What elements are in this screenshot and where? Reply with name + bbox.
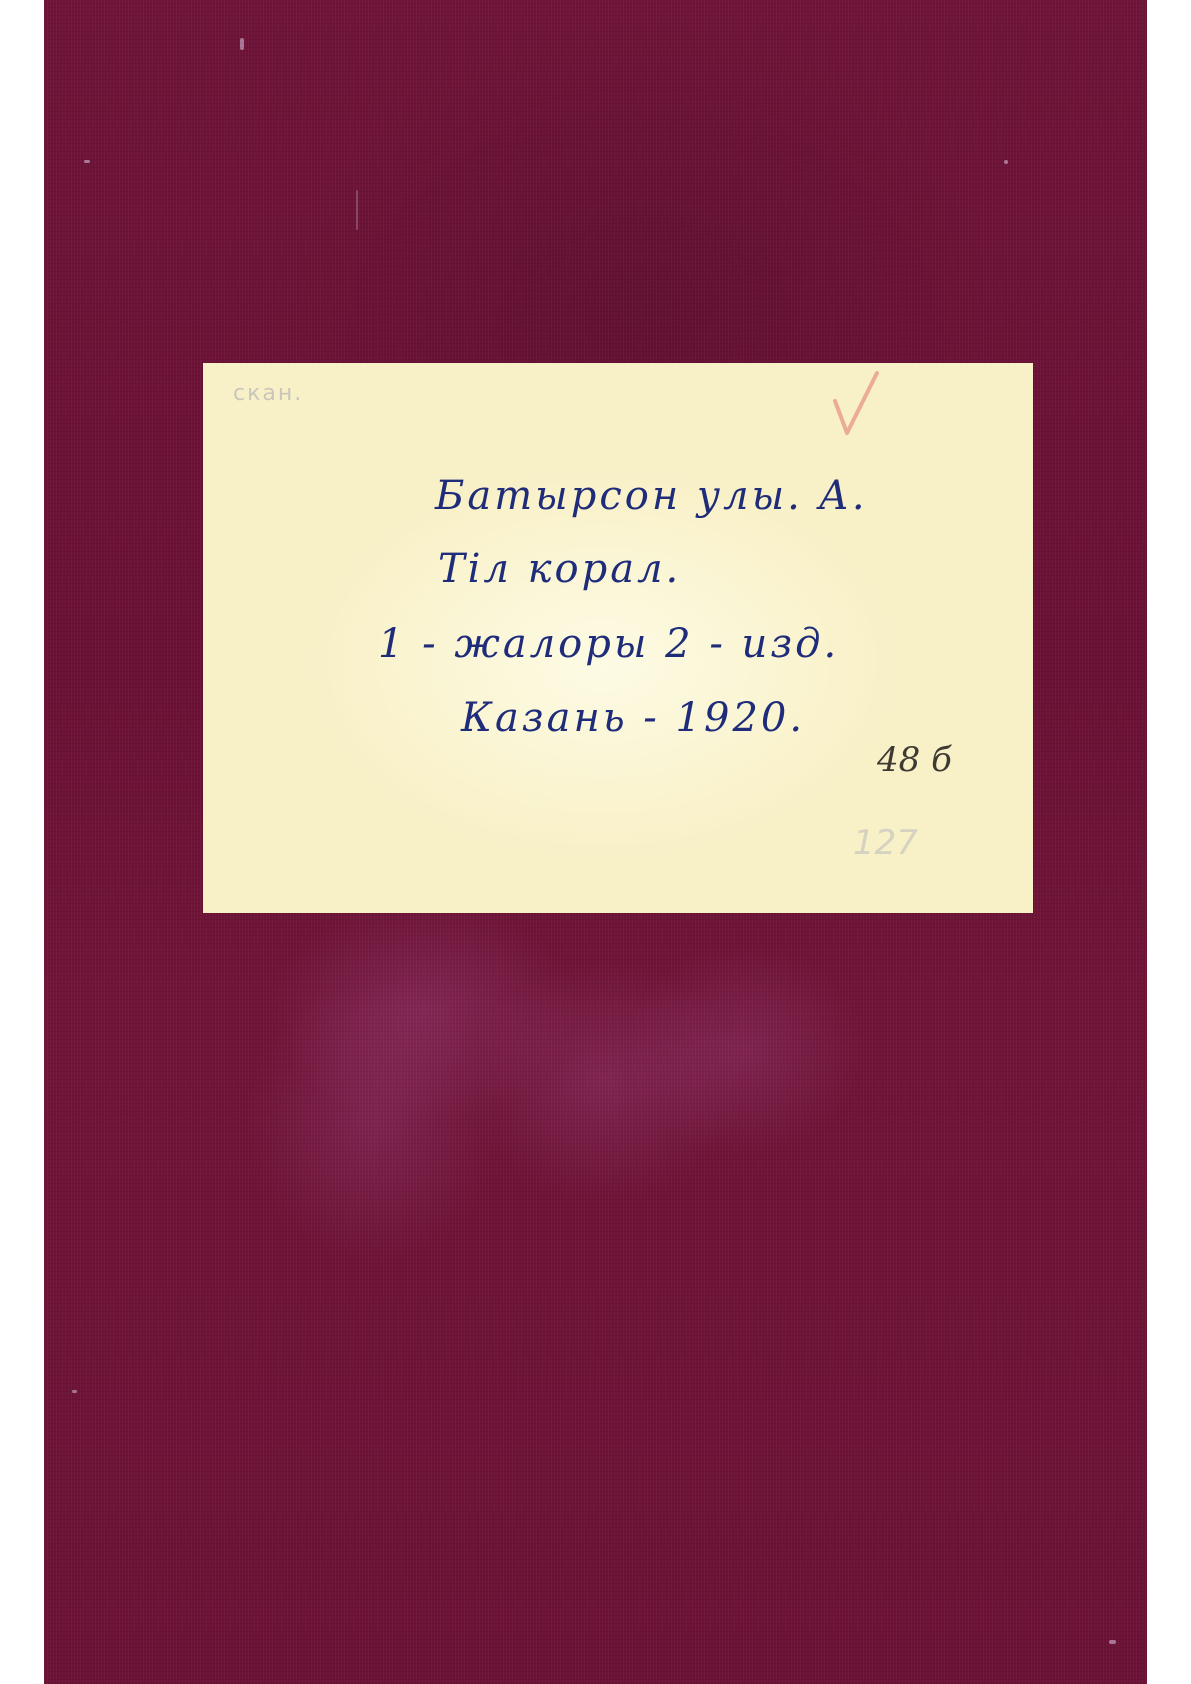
cover-speck bbox=[356, 190, 358, 230]
author-line: Батырсон улы. А. bbox=[435, 473, 868, 519]
title-line: Тiл корал. bbox=[438, 546, 681, 592]
cover-speck bbox=[1004, 160, 1008, 164]
place-year-line: Казань - 1920. bbox=[461, 695, 805, 741]
check-mark-icon bbox=[831, 371, 881, 441]
catalog-label-card: скан. Батырсон улы. А. Тiл корал. 1 - жа… bbox=[203, 363, 1033, 913]
cover-speck bbox=[1109, 1640, 1116, 1644]
cover-speck bbox=[72, 1390, 77, 1393]
faded-inventory-number: 127 bbox=[853, 823, 918, 863]
scan-note: скан. bbox=[233, 381, 303, 406]
edition-line: 1 - жалоры 2 - изд. bbox=[378, 621, 839, 667]
shelf-mark: 48 б bbox=[877, 740, 952, 780]
cover-speck bbox=[240, 38, 244, 50]
cover-speck bbox=[84, 160, 90, 163]
